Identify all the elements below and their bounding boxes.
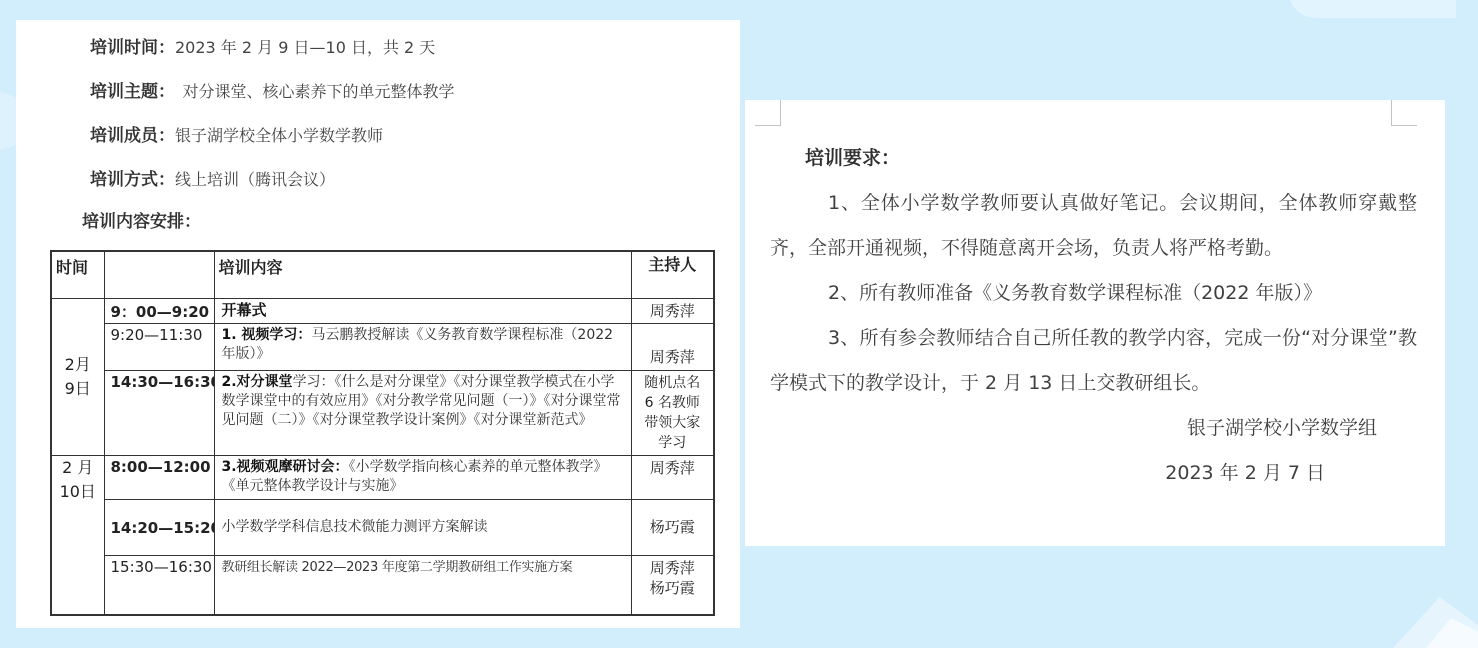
header-slot: [104, 251, 214, 298]
training-requirements-section: 培训要求： 1、全体小学数学教师要认真做好笔记。会议期间，全体教师穿戴整齐，全部…: [745, 100, 1445, 496]
content-cell: 教研组长解读 2022—2023 年度第二学期教研组工作实施方案: [214, 555, 631, 615]
host-cell: 周秀萍: [631, 455, 714, 499]
host-cell: 杨巧霞: [631, 499, 714, 555]
field-value: 银子湖学校全体小学数学教师: [175, 126, 383, 145]
field-value: 对分课堂、核心素养下的单元整体教学: [167, 82, 455, 101]
margin-corner-mark-icon: [755, 100, 781, 126]
field-value: 2023 年 2 月 9 日—10 日，共 2 天: [175, 38, 435, 57]
content-cell: 1. 视频学习：马云鹏教授解读《义务教育数学课程标准（2022 年版）》: [214, 323, 631, 370]
day-group-cell: 2月 9日: [51, 298, 104, 455]
table-row: 14:30—16:30 2.对分课堂学习：《什么是对分课堂》《对分课堂教学模式在…: [51, 370, 714, 455]
time-cell: 14:20—15:20: [104, 499, 214, 555]
requirement-item-2: 2、所有教师准备《义务教育数学课程标准（2022 年版）》: [770, 271, 1417, 316]
requirement-item-1: 1、全体小学数学教师要认真做好笔记。会议期间，全体教师穿戴整齐，全部开通视频，不…: [770, 181, 1417, 271]
day-group-cell: 2 月 10日: [51, 455, 104, 615]
margin-corner-mark-icon: [1391, 100, 1417, 126]
host-cell: 周秀萍 杨巧霞: [631, 555, 714, 615]
training-schedule-table: 时间 培训内容 主持人 2月 9日 9：00—9:20 开幕式 周秀萍 9:20…: [50, 250, 715, 616]
host-cell: 周秀萍: [631, 323, 714, 370]
table-row: 2月 9日 9：00—9:20 开幕式 周秀萍: [51, 298, 714, 323]
content-bold: 2.对分课堂: [222, 374, 293, 390]
time-cell: 14:30—16:30: [104, 370, 214, 455]
content-rest: 小学数学学科信息技术微能力测评方案解读: [222, 519, 488, 535]
table-caption: 培训内容安排：: [82, 206, 740, 238]
requirement-item-3: 3、所有参会教师结合自己所任教的教学内容，完成一份“对分课堂”教学模式下的教学设…: [770, 316, 1417, 406]
header-content: 培训内容: [214, 251, 631, 298]
header-host: 主持人: [631, 251, 714, 298]
field-training-topic: 培训主题： 对分课堂、核心素养下的单元整体教学: [90, 70, 740, 114]
field-label: 培训时间：: [90, 38, 175, 58]
field-label: 培训方式：: [90, 170, 175, 190]
content-bold: 3.视频观摩研讨会：: [222, 459, 349, 475]
field-training-time: 培训时间：2023 年 2 月 9 日—10 日，共 2 天: [90, 26, 740, 70]
field-label: 培训成员：: [90, 126, 175, 146]
header-day: 时间: [51, 251, 104, 298]
signature-line: 银子湖学校小学数学组: [770, 406, 1417, 451]
field-training-members: 培训成员：银子湖学校全体小学数学教师: [90, 114, 740, 158]
host-cell: 周秀萍: [631, 298, 714, 323]
content-rest: 教研组长解读 2022—2023 年度第二学期教研组工作实施方案: [222, 560, 573, 575]
time-cell: 9:20—11:30: [104, 323, 214, 370]
host-cell: 随机点名 6 名教师 带领大家 学习: [631, 370, 714, 455]
table-header-row: 时间 培训内容 主持人: [51, 251, 714, 298]
field-value: 线上培训（腾讯会议）: [175, 170, 335, 189]
content-cell: 开幕式: [214, 298, 631, 323]
table-row: 14:20—15:20 小学数学学科信息技术微能力测评方案解读 杨巧霞: [51, 499, 714, 555]
time-cell: 8:00—12:00: [104, 455, 214, 499]
field-training-method: 培训方式：线上培训（腾讯会议）: [90, 158, 740, 202]
date-line: 2023 年 2 月 7 日: [770, 451, 1417, 496]
content-cell: 2.对分课堂学习：《什么是对分课堂》《对分课堂教学模式在小学数学课堂中的有效应用…: [214, 370, 631, 455]
time-cell: 15:30—16:30: [104, 555, 214, 615]
table-row: 2 月 10日 8:00—12:00 3.视频观摩研讨会：《小学数学指向核心素养…: [51, 455, 714, 499]
requirements-heading: 培训要求：: [805, 136, 1417, 181]
cloud-icon: [1288, 0, 1456, 18]
content-bold: 1. 视频学习：: [222, 327, 312, 343]
table-row: 9:20—11:30 1. 视频学习：马云鹏教授解读《义务教育数学课程标准（20…: [51, 323, 714, 370]
training-info-fields: 培训时间：2023 年 2 月 9 日—10 日，共 2 天 培训主题： 对分课…: [16, 20, 740, 202]
document-page-left: 培训时间：2023 年 2 月 9 日—10 日，共 2 天 培训主题： 对分课…: [16, 20, 740, 628]
time-cell: 9：00—9:20: [104, 298, 214, 323]
table-row: 15:30—16:30 教研组长解读 2022—2023 年度第二学期教研组工作…: [51, 555, 714, 615]
content-cell: 小学数学学科信息技术微能力测评方案解读: [214, 499, 631, 555]
document-page-right: 培训要求： 1、全体小学数学教师要认真做好笔记。会议期间，全体教师穿戴整齐，全部…: [745, 100, 1445, 546]
field-label: 培训主题：: [90, 82, 167, 102]
content-cell: 3.视频观摩研讨会：《小学数学指向核心素养的单元整体教学》《单元整体教学设计与实…: [214, 455, 631, 499]
